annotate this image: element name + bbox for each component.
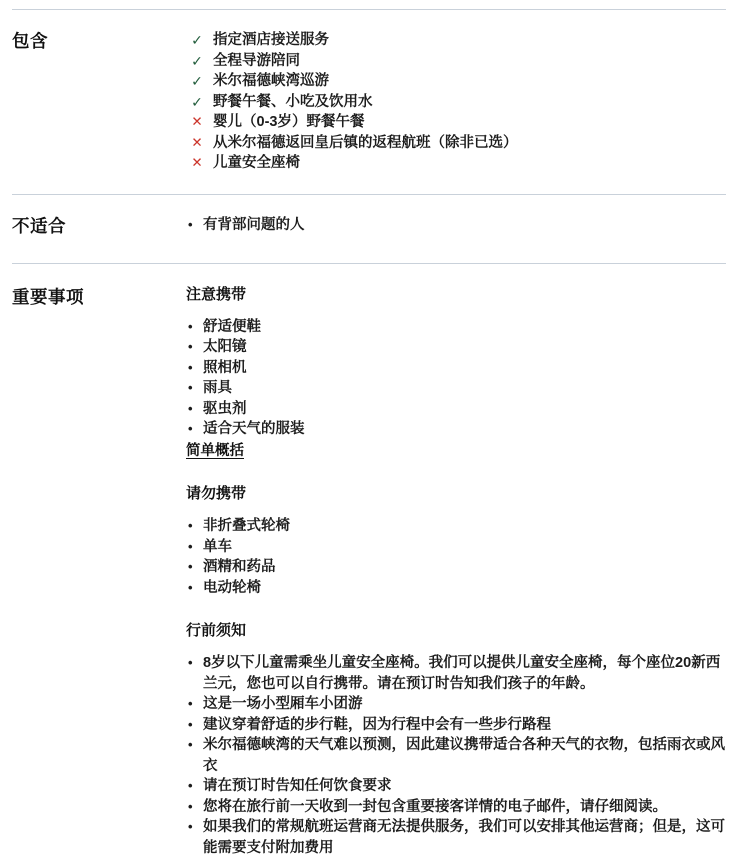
section-includes: 包含 ✓ 指定酒店接送服务 ✓ 全程导游陪同 ✓ 米尔福德峡湾巡游 ✓ 野餐午餐… — [0, 10, 750, 194]
list-item: 驱虫剂 — [186, 399, 726, 420]
tour-details-page: 包含 ✓ 指定酒店接送服务 ✓ 全程导游陪同 ✓ 米尔福德峡湾巡游 ✓ 野餐午餐… — [0, 0, 750, 858]
cross-icon: ✕ — [189, 112, 205, 133]
exclude-item-label: 婴儿（0-3岁）野餐午餐 — [213, 114, 364, 130]
include-item-label: 野餐午餐、小吃及饮用水 — [213, 94, 373, 110]
bring-item-label: 照相机 — [203, 360, 247, 376]
bring-item-label: 适合天气的服装 — [203, 421, 305, 437]
section-important-title: 重要事项 — [12, 286, 186, 308]
list-item: 照相机 — [186, 358, 726, 379]
section-not-suitable: 不适合 有背部问题的人 — [0, 195, 750, 263]
list-item: 适合天气的服装 — [186, 419, 726, 440]
cross-icon: ✕ — [189, 133, 205, 154]
simple-summary-link[interactable]: 简单概括 — [186, 441, 244, 461]
list-item: ✕ 儿童安全座椅 — [186, 153, 726, 174]
section-important-content: 注意携带 舒适便鞋 太阳镜 照相机 雨具 驱虫剂 适合天气的服装 简单概括 请勿… — [186, 286, 726, 858]
block-know-before-you-go: 行前须知 8岁以下儿童需乘坐儿童安全座椅。我们可以提供儿童安全座椅，每个座位20… — [186, 622, 726, 858]
list-item: 单车 — [186, 537, 726, 558]
bring-list: 舒适便鞋 太阳镜 照相机 雨具 驱虫剂 适合天气的服装 — [186, 317, 726, 440]
block-heading: 注意携带 — [186, 286, 726, 304]
include-item-label: 指定酒店接送服务 — [213, 32, 329, 48]
list-item: 这是一场小型厢车小团游 — [186, 694, 726, 715]
section-not-suitable-title: 不适合 — [12, 215, 186, 237]
bring-item-label: 雨具 — [203, 380, 232, 396]
list-item: 太阳镜 — [186, 337, 726, 358]
check-icon: ✓ — [189, 92, 205, 113]
list-item: ✓ 指定酒店接送服务 — [186, 30, 726, 51]
list-item: 请在预订时告知任何饮食要求 — [186, 776, 726, 797]
list-item: 米尔福德峡湾的天气难以预测，因此建议携带适合各种天气的衣物，包括雨衣或风衣 — [186, 735, 726, 776]
list-item: 酒精和药品 — [186, 557, 726, 578]
block-heading: 行前须知 — [186, 622, 726, 640]
bring-item-label: 驱虫剂 — [203, 401, 247, 417]
check-icon: ✓ — [189, 30, 205, 51]
section-includes-content: ✓ 指定酒店接送服务 ✓ 全程导游陪同 ✓ 米尔福德峡湾巡游 ✓ 野餐午餐、小吃… — [186, 30, 726, 174]
cross-icon: ✕ — [189, 153, 205, 174]
list-item: 非折叠式轮椅 — [186, 516, 726, 537]
list-item: ✓ 米尔福德峡湾巡游 — [186, 71, 726, 92]
know-before-item-label: 如果我们的常规航班运营商无法提供服务，我们可以安排其他运营商；但是，这可能需要支… — [203, 819, 725, 856]
know-before-item-label: 您将在旅行前一天收到一封包含重要接客详情的电子邮件，请仔细阅读。 — [203, 799, 667, 815]
list-item: 如果我们的常规航班运营商无法提供服务，我们可以安排其他运营商；但是，这可能需要支… — [186, 817, 726, 858]
do-not-bring-list: 非折叠式轮椅 单车 酒精和药品 电动轮椅 — [186, 516, 726, 598]
section-includes-title: 包含 — [12, 30, 186, 52]
know-before-item-label: 米尔福德峡湾的天气难以预测，因此建议携带适合各种天气的衣物，包括雨衣或风衣 — [203, 737, 725, 774]
list-item: 有背部问题的人 — [186, 215, 726, 236]
do-not-bring-item-label: 非折叠式轮椅 — [203, 518, 290, 534]
include-item-label: 米尔福德峡湾巡游 — [213, 73, 329, 89]
know-before-item-label: 请在预订时告知任何饮食要求 — [203, 778, 392, 794]
block-heading: 请勿携带 — [186, 485, 726, 503]
include-item-label: 全程导游陪同 — [213, 53, 300, 69]
do-not-bring-item-label: 电动轮椅 — [203, 580, 261, 596]
exclude-item-label: 从米尔福德返回皇后镇的返程航班（除非已选） — [213, 135, 518, 151]
list-item: ✕ 从米尔福德返回皇后镇的返程航班（除非已选） — [186, 133, 726, 154]
section-not-suitable-content: 有背部问题的人 — [186, 215, 726, 236]
know-before-list: 8岁以下儿童需乘坐儿童安全座椅。我们可以提供儿童安全座椅，每个座位20新西兰元，… — [186, 653, 726, 858]
do-not-bring-item-label: 酒精和药品 — [203, 559, 276, 575]
not-suitable-item-label: 有背部问题的人 — [203, 217, 305, 233]
know-before-item-label: 这是一场小型厢车小团游 — [203, 696, 363, 712]
list-item: 电动轮椅 — [186, 578, 726, 599]
list-item: 舒适便鞋 — [186, 317, 726, 338]
block-what-to-bring: 注意携带 舒适便鞋 太阳镜 照相机 雨具 驱虫剂 适合天气的服装 简单概括 — [186, 286, 726, 462]
list-item: 雨具 — [186, 378, 726, 399]
do-not-bring-item-label: 单车 — [203, 539, 232, 555]
list-item: ✓ 野餐午餐、小吃及饮用水 — [186, 92, 726, 113]
includes-list: ✓ 指定酒店接送服务 ✓ 全程导游陪同 ✓ 米尔福德峡湾巡游 ✓ 野餐午餐、小吃… — [186, 30, 726, 174]
check-icon: ✓ — [189, 51, 205, 72]
exclude-item-label: 儿童安全座椅 — [213, 155, 300, 171]
not-suitable-list: 有背部问题的人 — [186, 215, 726, 236]
know-before-item-label: 建议穿着舒适的步行鞋，因为行程中会有一些步行路程 — [203, 717, 551, 733]
section-important: 重要事项 注意携带 舒适便鞋 太阳镜 照相机 雨具 驱虫剂 适合天气的服装 简单… — [0, 264, 750, 858]
list-item: ✕ 婴儿（0-3岁）野餐午餐 — [186, 112, 726, 133]
check-icon: ✓ — [189, 71, 205, 92]
bring-item-label: 舒适便鞋 — [203, 319, 261, 335]
list-item: ✓ 全程导游陪同 — [186, 51, 726, 72]
list-item: 建议穿着舒适的步行鞋，因为行程中会有一些步行路程 — [186, 715, 726, 736]
block-do-not-bring: 请勿携带 非折叠式轮椅 单车 酒精和药品 电动轮椅 — [186, 485, 726, 598]
list-item: 您将在旅行前一天收到一封包含重要接客详情的电子邮件，请仔细阅读。 — [186, 797, 726, 818]
bring-item-label: 太阳镜 — [203, 339, 247, 355]
list-item: 8岁以下儿童需乘坐儿童安全座椅。我们可以提供儿童安全座椅，每个座位20新西兰元，… — [186, 653, 726, 694]
know-before-item-label: 8岁以下儿童需乘坐儿童安全座椅。我们可以提供儿童安全座椅，每个座位20新西兰元，… — [203, 655, 720, 692]
